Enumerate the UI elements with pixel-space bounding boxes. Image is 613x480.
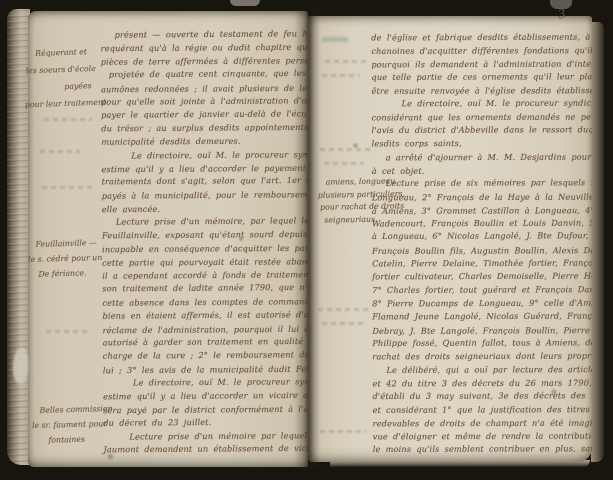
manuscript-line: présent — ouverte du testament de feu M.… bbox=[101, 27, 307, 42]
manuscript-line: 8° Pierre Ducamps de Longueau, 9° celle … bbox=[372, 297, 592, 311]
manuscript-line: fortier cultivateur, Charles Demoiselle,… bbox=[372, 270, 592, 284]
manuscript-line: être ensuite renvoyée à l'église desdits… bbox=[371, 84, 591, 98]
manuscript-line: pourquoi ils demandent à l'administratio… bbox=[371, 57, 591, 71]
manuscript-line: pour qu'elle soit jointe à l'administrat… bbox=[101, 94, 307, 109]
manuscript-line: 7° Charles fortier, tout guérard et Fran… bbox=[372, 283, 592, 297]
bleedthrough-mark bbox=[320, 430, 366, 433]
torn-paper-bit bbox=[13, 348, 28, 384]
margin-note-line: fontaines bbox=[32, 431, 113, 448]
manuscript-line: Feuillainville, exposant qu'étant sourd … bbox=[102, 228, 308, 243]
bleedthrough-mark bbox=[322, 322, 364, 325]
ink-spot bbox=[352, 142, 359, 149]
ink-spot bbox=[238, 236, 244, 242]
margin-note-line: le sr. faument pour bbox=[32, 416, 113, 433]
manuscript-line: son traitement de ladite année 1790, que… bbox=[102, 281, 308, 296]
manuscript-line: du décret du 23 juillet. bbox=[103, 416, 308, 431]
right-page-body: de l'église et fabrique desdits établiss… bbox=[371, 31, 592, 457]
margin-note-line: le s. cédré pour un bbox=[28, 250, 103, 267]
ink-spot bbox=[550, 388, 558, 396]
bleedthrough-mark bbox=[325, 60, 369, 63]
manuscript-line: le moins qu'ils semblent contribuer en p… bbox=[373, 442, 592, 456]
margin-note-line: amiens, longueau bbox=[318, 175, 405, 189]
manuscript-line: a arrêté d'ajourner à M. M. Desjardins p… bbox=[372, 150, 592, 164]
manuscript-line: cette partie qui pourvoyait était restée… bbox=[102, 255, 308, 270]
manuscript-line: cette absence dans les comptes de comman… bbox=[102, 295, 308, 310]
margin-note-droits-seigneuriaux: amiens, longueauplusieurs particuliers,p… bbox=[318, 175, 406, 227]
margin-note-line: pour rachat de droits bbox=[318, 200, 405, 214]
manuscript-line: Le directoire, ouï M. le procureur syndi… bbox=[371, 97, 591, 111]
manuscript-line: municipalité desdits demeures. bbox=[101, 134, 307, 149]
manuscript-line: traitements dont s'agit, selon que l'art… bbox=[102, 174, 308, 189]
bleedthrough-mark bbox=[42, 186, 94, 189]
bleedthrough-mark bbox=[44, 118, 92, 121]
bleedthrough-mark bbox=[40, 150, 80, 153]
manuscript-line: que telle partie de ces ornements qu'il … bbox=[371, 70, 591, 84]
manuscript-line: chanoines d'acquitter différentes fondat… bbox=[371, 44, 591, 58]
manuscript-line: estime qu'il y a lieu d'accorder un vica… bbox=[103, 388, 308, 403]
manuscript-scan: présent — ouverte du testament de feu M.… bbox=[0, 0, 613, 480]
page-number: 3 bbox=[557, 6, 567, 21]
margin-note-line: pour leur traitement bbox=[25, 94, 107, 114]
manuscript-line: sera payé par le district conformément à… bbox=[103, 403, 308, 418]
page-edge-stack-right bbox=[591, 22, 604, 462]
manuscript-line: vue d'éloigner et même de rendre la cont… bbox=[373, 430, 592, 444]
margin-note-line: seigneuriaux bbox=[318, 213, 405, 227]
margin-note-line: De fériance. bbox=[28, 265, 103, 282]
manuscript-line: considérant que les ornements demandés n… bbox=[372, 110, 592, 124]
manuscript-line: charge de la cure ; 2° le remboursement … bbox=[103, 349, 308, 364]
manuscript-line: Catelin, Pierre Delaine, Timothée fortie… bbox=[372, 257, 592, 271]
bleedthrough-mark bbox=[324, 162, 364, 165]
manuscript-line: Flamand Jeune Langolé, Nicolas Guérard, … bbox=[372, 310, 592, 324]
manuscript-line: payés à la municipalité, pour le rembour… bbox=[102, 188, 308, 203]
bleedthrough-mark bbox=[318, 308, 370, 311]
right-page: de l'église et fabrique desdits établiss… bbox=[308, 16, 592, 462]
left-page-body: présent — ouverte du testament de feu M.… bbox=[101, 27, 308, 457]
manuscript-line: Jaumont demandent un établissement de vi… bbox=[103, 442, 308, 457]
pencil-smudge bbox=[322, 37, 348, 42]
manuscript-line: lesdits corps saints, bbox=[372, 137, 592, 151]
binding-gutter-shadow bbox=[294, 9, 320, 469]
margin-note-fontaines: Belles commissionle sr. faument pourfont… bbox=[31, 401, 113, 448]
manuscript-line: incapable en conséquence d'acquitter les… bbox=[102, 242, 308, 257]
scanner-artifact bbox=[230, 0, 260, 6]
manuscript-line: biens en étaient affermés, il est autori… bbox=[102, 308, 308, 323]
manuscript-line: autorisé à garder son traitement en qual… bbox=[103, 335, 308, 350]
manuscript-line: l'avis du district d'Abbeville dans le r… bbox=[372, 123, 592, 137]
manuscript-line: du trésor ; au surplus desdits appointem… bbox=[101, 121, 307, 136]
manuscript-line: rachat des droits seigneuriaux dont leur… bbox=[372, 350, 592, 364]
manuscript-line: aumônes redonnées ; il avait plusieurs d… bbox=[101, 81, 307, 96]
manuscript-line: redevables de droits de champart n'a été… bbox=[373, 416, 592, 430]
bleedthrough-mark bbox=[46, 330, 90, 333]
manuscript-line: et considérant 1° que la justification d… bbox=[373, 403, 592, 417]
margin-note-feuillainville: Feuillainville —le s. cédré pour unDe fé… bbox=[27, 235, 102, 282]
manuscript-line: Le délibéré, qui a ouï par lecture des a… bbox=[372, 364, 592, 378]
bleedthrough-mark bbox=[320, 148, 370, 151]
manuscript-line: Philippe fossé, Quentin fallot, tous à A… bbox=[372, 336, 592, 350]
margin-note-line: les soeurs d'école bbox=[23, 60, 105, 80]
manuscript-line: à Longueau, 6° Nicolas Langolé, J. Bte D… bbox=[372, 230, 592, 244]
manuscript-line: et 42 du titre 3 des décrets du 26 mars … bbox=[372, 376, 592, 390]
manuscript-line: Le directoire, ouï M. le procureur syndi… bbox=[101, 148, 307, 163]
manuscript-line: de l'église et fabrique desdits établiss… bbox=[371, 31, 591, 45]
ink-spot bbox=[106, 452, 115, 461]
manuscript-line: lui ; 3° les avis de la municipalité dud… bbox=[103, 363, 308, 378]
manuscript-line: requérant qu'à la régie ou dudit chapitr… bbox=[101, 41, 307, 56]
manuscript-line: elle avancée. bbox=[102, 202, 308, 217]
manuscript-line: François Boullin fils, Augustin Boullin,… bbox=[372, 244, 592, 258]
manuscript-line: projetée de quatre cent cinquante, que l… bbox=[101, 67, 307, 82]
bleedthrough-mark bbox=[322, 74, 360, 77]
margin-note-soeurs-ecole: Réquerant etles soeurs d'écolepayéespour… bbox=[23, 43, 106, 114]
manuscript-line: d'établi du 3 may suivant, 3e des décret… bbox=[373, 389, 592, 403]
